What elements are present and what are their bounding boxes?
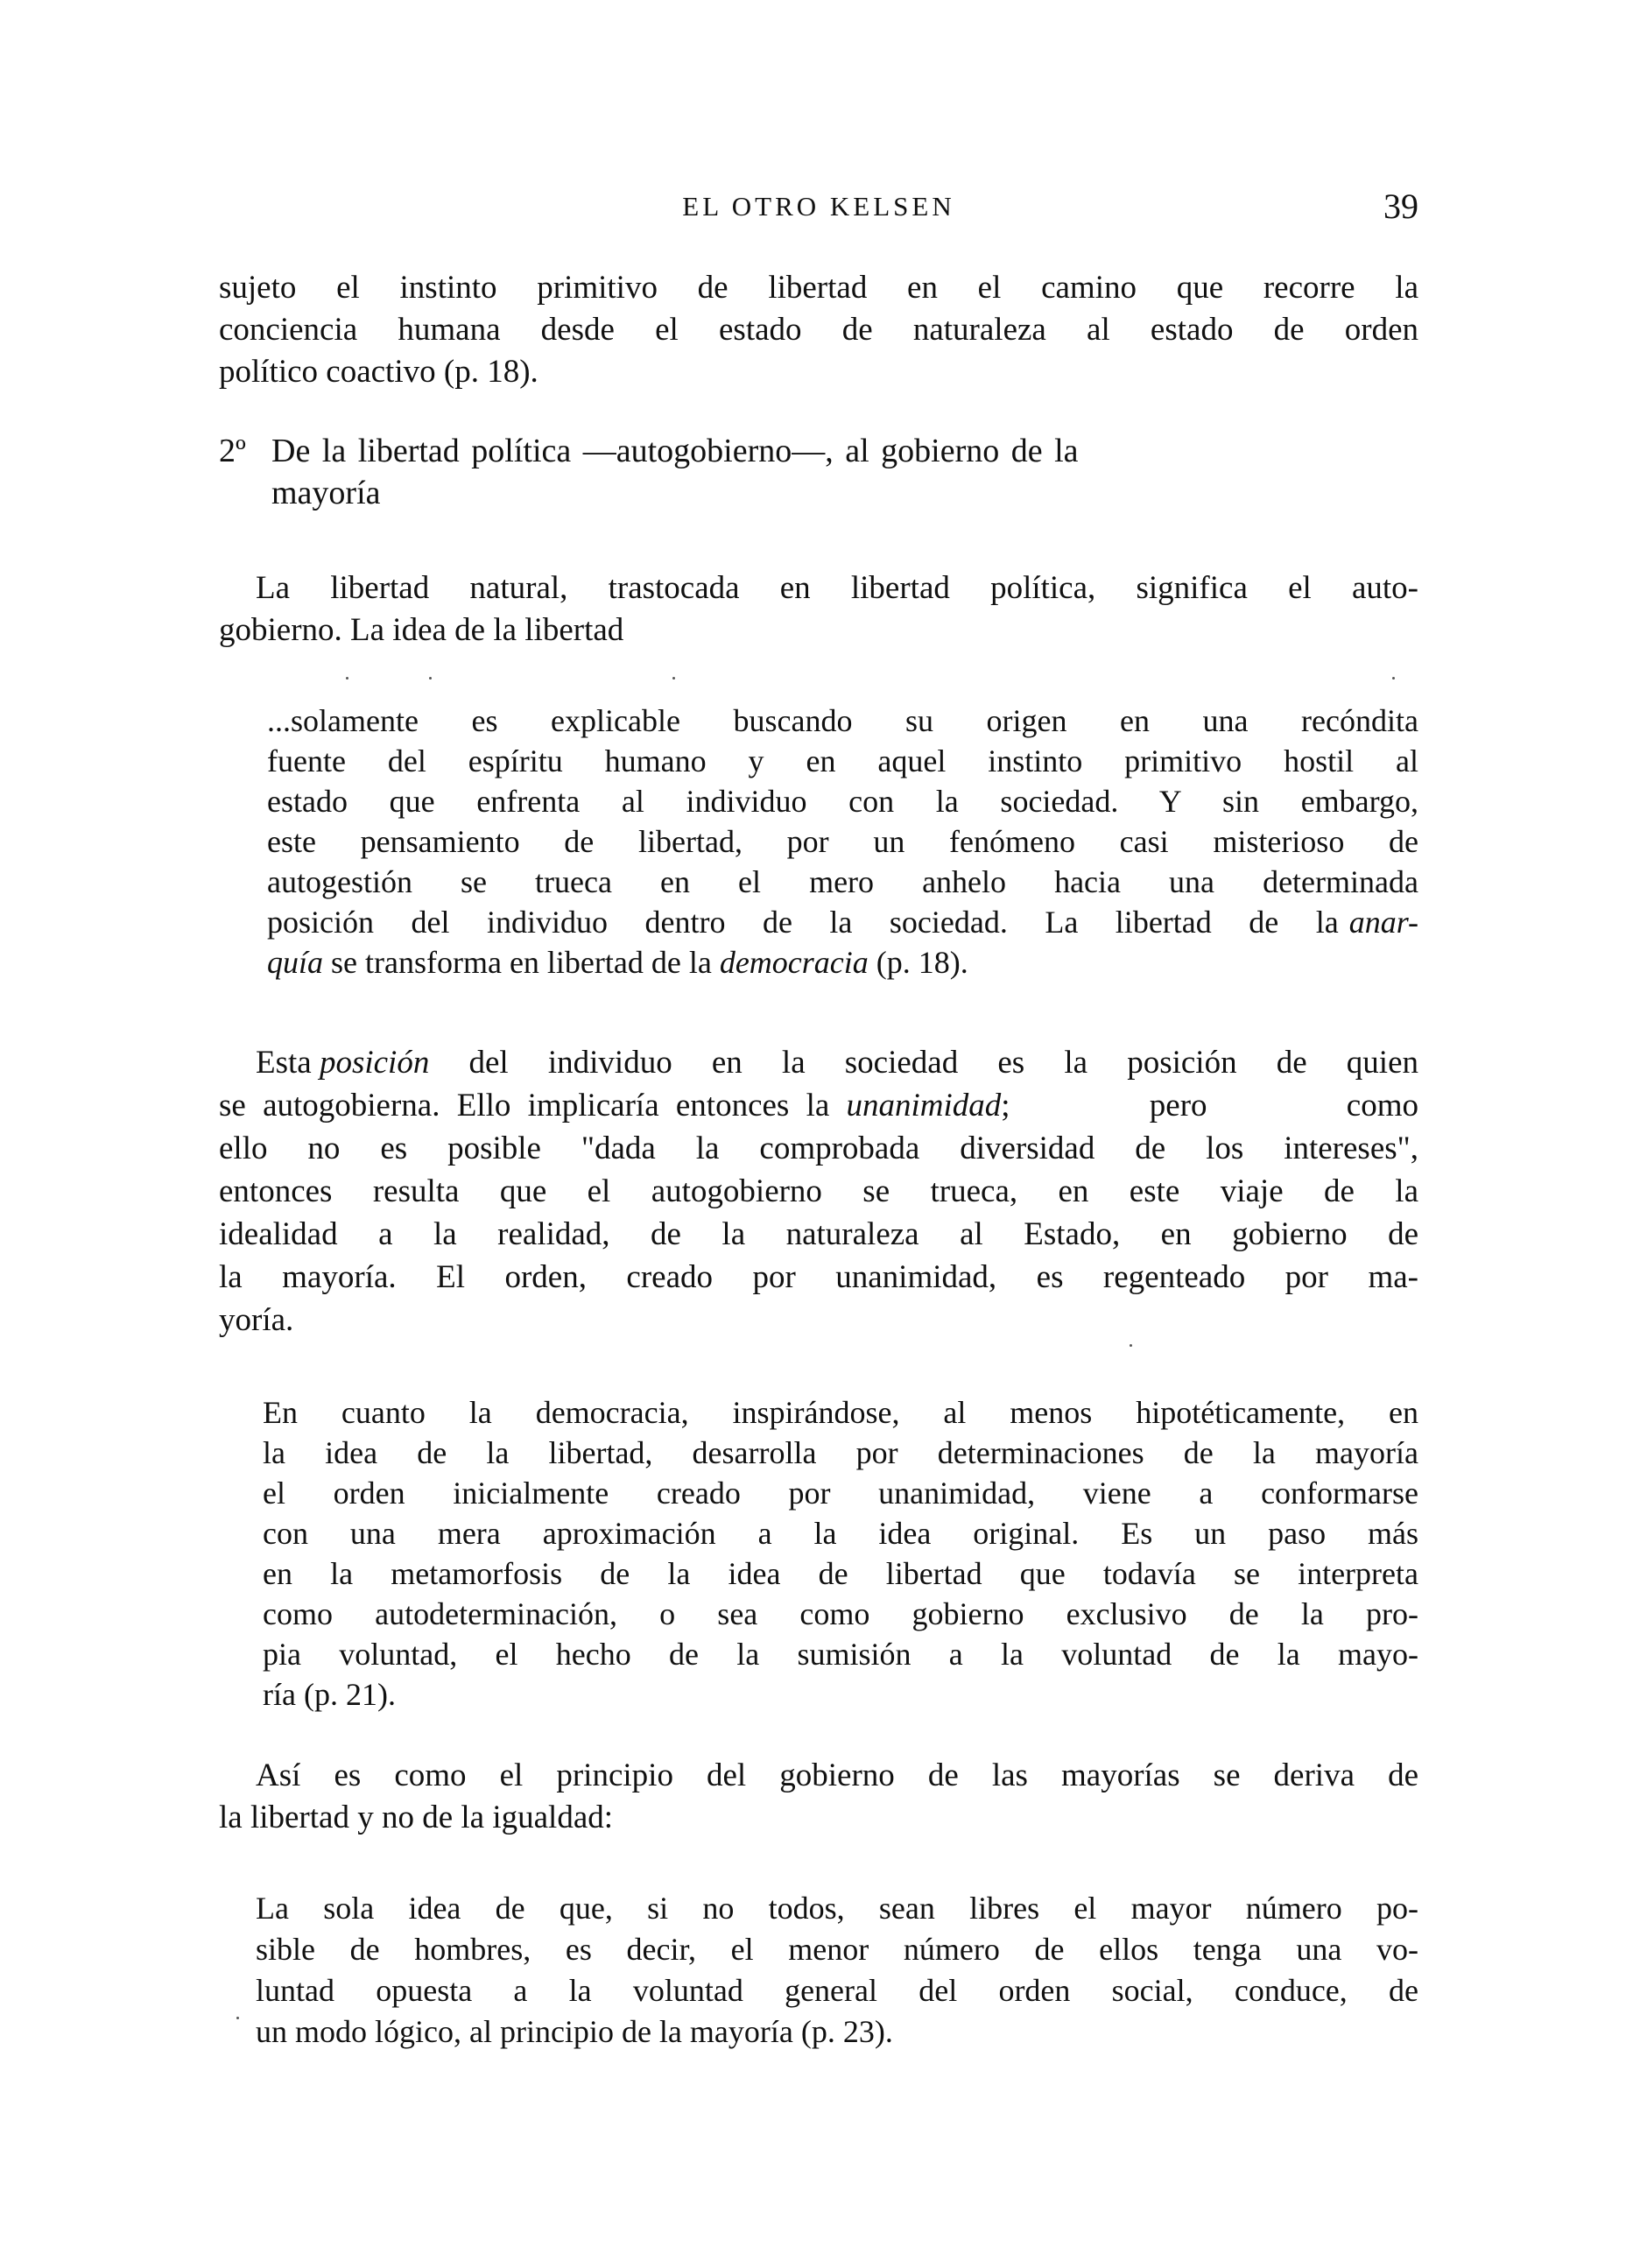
quote-line: un modo lógico, al principio de la mayor… — [256, 2011, 893, 2053]
text-line: la mayoría. El orden, creado por unanimi… — [219, 1257, 1418, 1298]
text-line-mixed: se autogobierna. Ello implicaría entonce… — [219, 1085, 1418, 1126]
scan-speck — [1392, 677, 1395, 680]
page-number: 39 — [1383, 186, 1418, 227]
quote-italic-word: quía — [267, 945, 323, 980]
text-line: ello no es posible "dada la comprobada d… — [219, 1128, 1418, 1169]
scan-speck — [346, 677, 348, 680]
quote-text: se transforma en libertad de la — [323, 945, 720, 980]
text-line: sujeto el instinto primitivo de libertad… — [219, 267, 1418, 308]
book-page: EL OTRO KELSEN 39 sujeto el instinto pri… — [0, 0, 1647, 2268]
scan-speck — [429, 677, 432, 680]
text: del individuo en la sociedad es la posic… — [429, 1042, 1418, 1083]
quote-italic-word: democracia — [720, 945, 869, 980]
quote-line: autogestión se trueca en el mero anhelo … — [267, 862, 1418, 903]
scan-speck — [1130, 1344, 1132, 1347]
quote-line-mixed: quía se transforma en libertad de la dem… — [267, 942, 968, 983]
text-line: entonces resulta que el autogobierno se … — [219, 1171, 1418, 1212]
quote-line: fuente del espíritu humano y en aquel in… — [267, 741, 1418, 782]
quote-line: estado que enfrenta al individuo con la … — [267, 781, 1418, 822]
quote-line: La sola idea de que, si no todos, sean l… — [256, 1888, 1418, 1929]
quote-italic-word: anar- — [1349, 902, 1418, 943]
text-line-mixed: Esta posición del individuo en la socied… — [256, 1042, 1418, 1083]
scan-speck — [672, 677, 675, 680]
text-line: idealidad a la realidad, de la naturalez… — [219, 1214, 1418, 1255]
text-line: conciencia humana desde el estado de nat… — [219, 309, 1418, 350]
quote-line: pia voluntad, el hecho de la sumisión a … — [263, 1634, 1418, 1675]
quote-citation: (p. 18). — [869, 945, 968, 980]
text-line: La libertad natural, trastocada en liber… — [256, 567, 1418, 609]
quote-line: En cuanto la democracia, inspirándose, a… — [263, 1392, 1418, 1433]
text-line: gobierno. La idea de la libertad — [219, 609, 623, 651]
text-line: Así es como el principio del gobierno de… — [256, 1755, 1418, 1796]
italic-word: unanimidad — [847, 1085, 1002, 1126]
text: Esta — [256, 1042, 320, 1083]
quote-line: este pensamiento de libertad, por un fen… — [267, 821, 1418, 863]
text-line: la libertad y no de la igualdad: — [219, 1797, 613, 1838]
quote-line-mixed: posición del individuo dentro de la soci… — [267, 902, 1418, 943]
quote-line: ría (p. 21). — [263, 1674, 396, 1715]
quote-text: posición del individuo dentro de la soci… — [267, 902, 1349, 943]
section-heading-line: De la libertad política —autogobierno—, … — [271, 431, 1079, 472]
quote-line: sible de hombres, es decir, el menor núm… — [256, 1929, 1418, 1970]
quote-line: la idea de la libertad, desarrolla por d… — [263, 1433, 1418, 1474]
text-line: yoría. — [219, 1300, 293, 1341]
text-line: político coactivo (p. 18). — [219, 351, 538, 392]
section-heading-line: mayoría — [271, 473, 381, 514]
italic-word: posición — [320, 1042, 429, 1083]
text: se autogobierna. Ello implicaría entonce… — [219, 1085, 847, 1126]
scan-speck — [236, 2017, 239, 2019]
quote-line: ...solamente es explicable buscando su o… — [267, 701, 1418, 742]
text: ; pero como — [1001, 1085, 1418, 1126]
running-title: EL OTRO KELSEN — [219, 191, 1418, 222]
running-head: EL OTRO KELSEN 39 — [219, 186, 1418, 229]
quote-line: el orden inicialmente creado por unanimi… — [263, 1473, 1418, 1514]
quote-line: con una mera aproximación a la idea orig… — [263, 1513, 1418, 1554]
section-number: 2º — [219, 431, 246, 472]
quote-line: luntad opuesta a la voluntad general del… — [256, 1970, 1418, 2011]
quote-line: como autodeterminación, o sea como gobie… — [263, 1594, 1418, 1635]
quote-line: en la metamorfosis de la idea de liberta… — [263, 1553, 1418, 1595]
